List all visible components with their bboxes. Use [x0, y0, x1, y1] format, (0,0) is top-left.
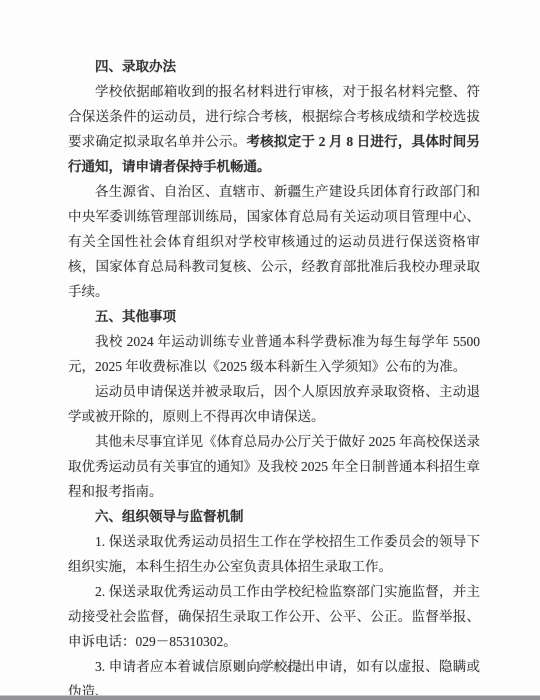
text-run: 2. 保送录取优秀运动员工作由学校纪检监察部门实施监督，并主动接受社会监督，确保… [68, 584, 480, 649]
text-run: 运动员申请保送并被录取后，因个人原因放弃录取资格、主动退学或被开除的，原则上不得… [68, 384, 480, 424]
bold-text-run: 六、组织领导与监督机制 [95, 509, 244, 524]
text-run: 我校 2024 年运动训练专业普通本科学费标准为每生每学年 5500 元，202… [68, 334, 480, 374]
bold-text-run: 五、其他事项 [95, 309, 176, 324]
paragraph: 其他未尽事宜详见《体育总局办公厅关于做好 2025 年高校保送录取优秀运动员有关… [68, 429, 480, 504]
paragraph: 运动员申请保送并被录取后，因个人原因放弃录取资格、主动退学或被开除的，原则上不得… [68, 379, 480, 429]
paragraph: 1. 保送录取优秀运动员招生工作在学校招生工作委员会的领导下组织实施，本科生招生… [68, 529, 480, 579]
paragraph: 各生源省、自治区、直辖市、新疆生产建设兵团体育行政部门和中央军委训练管理部训练局… [68, 179, 480, 304]
section-heading: 四、录取办法 [68, 54, 480, 79]
bold-text-run: 四、录取办法 [95, 59, 176, 74]
section-heading: 六、组织领导与监督机制 [68, 504, 480, 529]
paragraph: 我校 2024 年运动训练专业普通本科学费标准为每生每学年 5500 元，202… [68, 329, 480, 379]
photo-bottom-edge [0, 695, 540, 700]
text-run: 1. 保送录取优秀运动员招生工作在学校招生工作委员会的领导下组织实施，本科生招生… [68, 534, 480, 574]
page-number-footer: 第 3 页 共 4 页 [0, 659, 540, 674]
document-body: 四、录取办法学校依据邮箱收到的报名材料进行审核，对于报名材料完整、符合保送条件的… [68, 54, 480, 700]
text-run: 各生源省、自治区、直辖市、新疆生产建设兵团体育行政部门和中央军委训练管理部训练局… [68, 184, 480, 299]
paragraph: 2. 保送录取优秀运动员工作由学校纪检监察部门实施监督，并主动接受社会监督，确保… [68, 579, 480, 654]
section-heading: 五、其他事项 [68, 304, 480, 329]
document-page: 四、录取办法学校依据邮箱收到的报名材料进行审核，对于报名材料完整、符合保送条件的… [0, 0, 540, 700]
text-run: 其他未尽事宜详见《体育总局办公厅关于做好 2025 年高校保送录取优秀运动员有关… [68, 434, 480, 499]
paragraph: 学校依据邮箱收到的报名材料进行审核，对于报名材料完整、符合保送条件的运动员，进行… [68, 79, 480, 179]
